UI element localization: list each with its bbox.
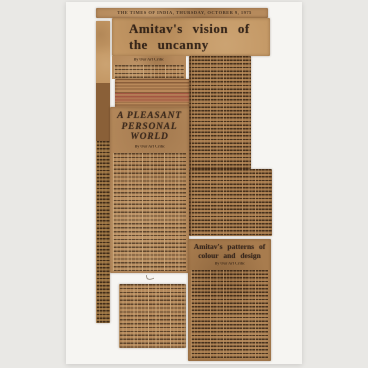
scan-canvas: THE TIMES OF INDIA, THURSDAY, OCTOBER 9,… <box>0 0 368 368</box>
dateline-strip: THE TIMES OF INDIA, THURSDAY, OCTOBER 9,… <box>96 8 268 18</box>
dateline-label: THE TIMES OF INDIA, THURSDAY, OCTOBER 9,… <box>117 9 252 17</box>
sliver-text-segment <box>96 141 110 323</box>
vision-intro-text <box>114 65 184 78</box>
article-vision-right-column-upper <box>189 56 251 169</box>
pleasant-headline-line3: WORLD <box>110 132 189 143</box>
article-pleasant-headline: A PLEASANT PERSONAL WORLD <box>110 111 189 143</box>
sliver-dark-segment <box>96 83 110 141</box>
article-vision-byline: By Our Art Critic <box>112 58 186 64</box>
article-patterns: Amitav's patterns of colour and design B… <box>188 239 271 361</box>
patterns-body-text <box>191 270 268 358</box>
sliver-top-segment <box>96 21 110 83</box>
article-vision-left-column: By Our Art Critic <box>112 56 186 79</box>
article-patterns-byline: By Our Art Critic <box>188 262 271 268</box>
article-vision-right-column-lower <box>189 169 272 236</box>
vision-headline-line2: the uncanny <box>129 37 270 53</box>
pleasant-body-text <box>113 153 186 271</box>
patterns-headline-line1: Amitav's patterns of <box>188 242 271 251</box>
patterns-headline-line2: colour and design <box>188 251 271 260</box>
stripe-band <box>115 79 190 108</box>
bottom-left-column <box>119 284 186 348</box>
article-pleasant: A PLEASANT PERSONAL WORLD By Our Art Cri… <box>110 107 189 273</box>
dateline-text: THE TIMES OF INDIA, THURSDAY, OCTOBER 9,… <box>96 8 268 18</box>
article-pleasant-byline: By Our Art Critic <box>110 145 189 151</box>
article-vision-headline-block: Amitav's vision of the uncanny <box>112 18 270 56</box>
pleasant-headline-line1: A PLEASANT <box>110 111 189 122</box>
article-vision-headline: Amitav's vision of the uncanny <box>112 18 270 52</box>
article-patterns-headline: Amitav's patterns of colour and design <box>188 242 271 260</box>
pleasant-headline-line2: PERSONAL <box>110 122 189 133</box>
vision-headline-line1: Amitav's vision of <box>129 21 270 37</box>
stripe-band-red <box>115 93 190 102</box>
cut-column-sliver <box>96 21 110 323</box>
